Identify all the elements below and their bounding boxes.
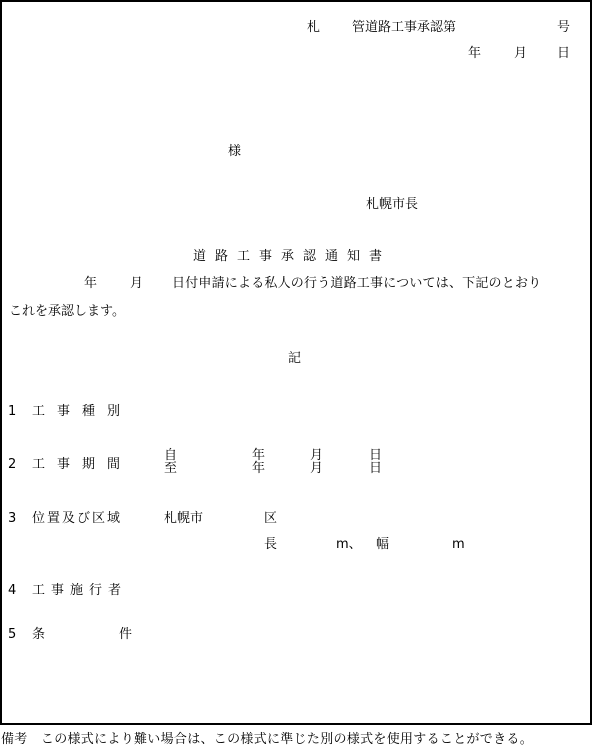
item-5-number: 5	[8, 628, 16, 642]
body-month: 月	[130, 277, 143, 291]
length-unit: m、	[336, 538, 362, 552]
item-4-number: 4	[8, 584, 16, 598]
width-label: 幅	[376, 538, 389, 552]
period-to-day: 日	[369, 463, 382, 475]
item-5-label-a: 条	[32, 628, 45, 642]
item-1-number: 1	[8, 405, 16, 419]
body-line-2: これを承認します。	[9, 305, 125, 319]
approval-number-suffix: 号	[557, 21, 570, 35]
location-ward: 区	[264, 512, 277, 526]
period-to-label: 至	[164, 463, 177, 475]
item-5-label-b: 件	[119, 628, 132, 642]
header-day: 日	[557, 47, 570, 61]
width-unit: m	[452, 538, 465, 552]
length-label: 長	[264, 538, 277, 552]
item-4-label: 工事施行者	[32, 584, 127, 598]
body-line-1: 日付申請による私人の行う道路工事については、下記のとおり	[172, 277, 541, 291]
ki-heading: 記	[288, 352, 301, 366]
period-to-year: 年	[252, 463, 265, 475]
approval-prefix: 札	[307, 21, 320, 35]
addressee-honorific: 様	[228, 145, 241, 159]
header-year: 年	[468, 47, 481, 61]
period-to-month: 月	[310, 463, 323, 475]
item-3-label: 位置及び区域	[32, 512, 122, 526]
issuer-name: 札幌市長	[366, 198, 418, 212]
approval-number-label: 管道路工事承認第	[352, 21, 456, 35]
header-month: 月	[514, 47, 527, 61]
item-3-number: 3	[8, 512, 16, 526]
location-city: 札幌市	[164, 512, 203, 526]
body-year: 年	[84, 277, 97, 291]
document-title: 道路工事承認通知書	[193, 250, 391, 264]
footnote: 備考 この様式により難い場合は、この様式に準じた別の様式を使用することができる。	[1, 733, 533, 747]
item-2-label: 工事期間	[32, 458, 132, 472]
item-2-number: 2	[8, 458, 16, 472]
item-1-label: 工事種別	[32, 405, 132, 419]
